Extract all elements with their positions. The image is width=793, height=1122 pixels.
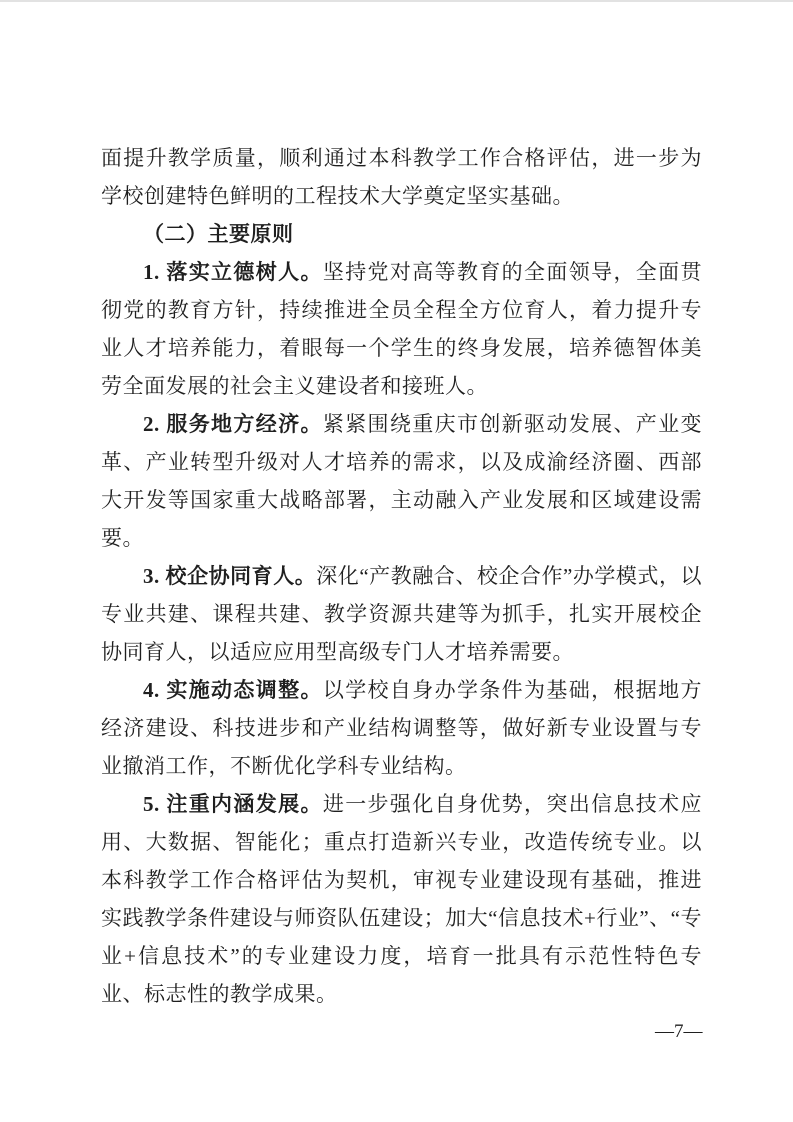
principle-5-lead: 5. 注重内涵发展。 [143, 792, 323, 816]
principle-2-lead: 2. 服务地方经济。 [143, 412, 323, 436]
continuation-paragraph-text: 面提升教学质量，顺利通过本科教学工作合格评估，进一步为学校创建特色鲜明的工程技术… [101, 146, 702, 208]
principle-paragraph-5: 5. 注重内涵发展。进一步强化自身优势，突出信息技术应用、大数据、智能化；重点打… [101, 785, 702, 1013]
principle-1-lead: 1. 落实立德树人。 [143, 260, 323, 284]
principle-paragraph-4: 4. 实施动态调整。以学校自身办学条件为基础，根据地方经济建设、科技进步和产业结… [101, 671, 702, 785]
section-heading: （二）主要原则 [101, 215, 702, 253]
continuation-paragraph: 面提升教学质量，顺利通过本科教学工作合格评估，进一步为学校创建特色鲜明的工程技术… [101, 139, 702, 215]
page-number: —7— [655, 1018, 765, 1046]
page-body-text: 面提升教学质量，顺利通过本科教学工作合格评估，进一步为学校创建特色鲜明的工程技术… [101, 139, 702, 1013]
principle-5-body: 进一步强化自身优势，突出信息技术应用、大数据、智能化；重点打造新兴专业，改造传统… [101, 792, 702, 1006]
page-top-edge [0, 0, 793, 2]
principle-paragraph-2: 2. 服务地方经济。紧紧围绕重庆市创新驱动发展、产业变革、产业转型升级对人才培养… [101, 405, 702, 557]
principle-4-lead: 4. 实施动态调整。 [143, 678, 323, 702]
document-page: 面提升教学质量，顺利通过本科教学工作合格评估，进一步为学校创建特色鲜明的工程技术… [0, 0, 793, 1122]
principle-3-lead: 3. 校企协同育人。 [143, 564, 316, 588]
principle-paragraph-1: 1. 落实立德树人。坚持党对高等教育的全面领导，全面贯彻党的教育方针，持续推进全… [101, 253, 702, 405]
section-heading-text: （二）主要原则 [143, 222, 294, 246]
principle-paragraph-3: 3. 校企协同育人。深化“产教融合、校企合作”办学模式，以专业共建、课程共建、教… [101, 557, 702, 671]
